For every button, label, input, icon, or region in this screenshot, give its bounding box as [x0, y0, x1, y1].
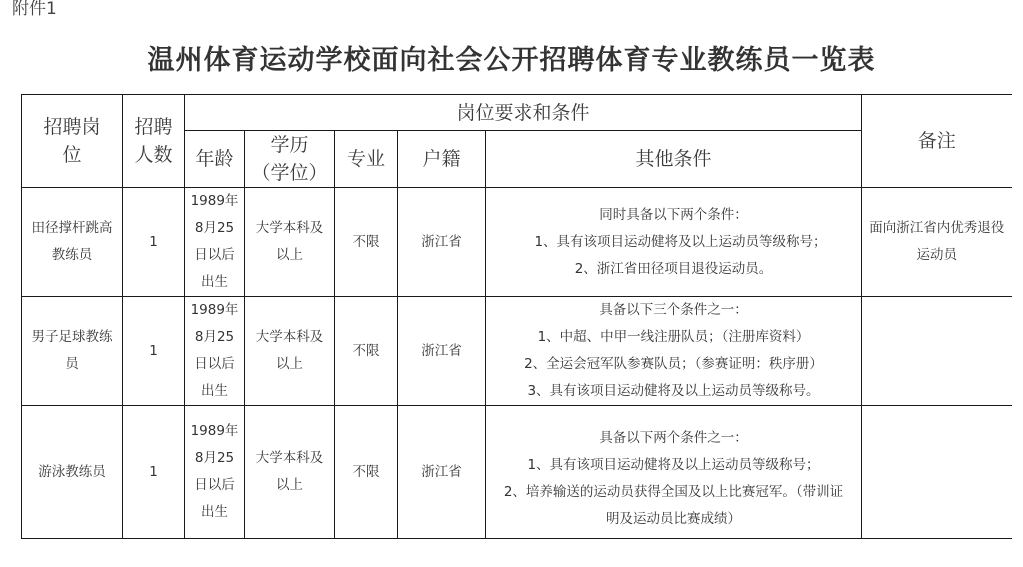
header-position-line-1: 招聘岗 [22, 113, 122, 141]
cell-age: 1989年 8月25 日以后 出生 [185, 406, 245, 539]
table-row: 游泳教练员 1 1989年 8月25 日以后 出生 大学本科及 以上 不限 浙江… [22, 406, 1012, 539]
age-line: 8月25 [185, 445, 244, 472]
position-line: 田径撑杆跳高 [22, 215, 122, 242]
header-major: 专业 [335, 131, 398, 188]
cell-household: 浙江省 [398, 297, 486, 406]
header-household: 户籍 [398, 131, 486, 188]
position-line: 游泳教练员 [22, 459, 122, 486]
education-line: 大学本科及 [245, 445, 334, 472]
condition-line: 1、具有该项目运动健将及以上运动员等级称号； [486, 452, 861, 479]
age-line: 日以后 [185, 472, 244, 499]
table-row: 田径撑杆跳高 教练员 1 1989年 8月25 日以后 出生 大学本科及 以上 … [22, 188, 1012, 297]
condition-line: 1、具有该项目运动健将及以上运动员等级称号； [486, 229, 861, 256]
header-age: 年龄 [185, 131, 245, 188]
age-line: 日以后 [185, 242, 244, 269]
cell-count: 1 [123, 297, 185, 406]
header-count-line-1: 招聘 [123, 113, 184, 141]
condition-line: 1、中超、中甲一线注册队员；（注册库资料） [486, 324, 861, 351]
cell-major: 不限 [335, 297, 398, 406]
header-requirements-group: 岗位要求和条件 [185, 95, 862, 131]
header-education-line-1: 学历 [245, 131, 334, 159]
cell-remarks [862, 297, 1012, 406]
condition-line: 2、培养输送的运动员获得全国及以上比赛冠军。（带训证 [486, 479, 861, 506]
cell-remarks [862, 406, 1012, 539]
cell-age: 1989年 8月25 日以后 出生 [185, 188, 245, 297]
cell-education: 大学本科及 以上 [245, 406, 335, 539]
education-line: 大学本科及 [245, 215, 334, 242]
age-line: 日以后 [185, 351, 244, 378]
education-line: 以上 [245, 242, 334, 269]
age-line: 出生 [185, 269, 244, 296]
age-line: 8月25 [185, 215, 244, 242]
remarks-line: 面向浙江省内优秀退役 [862, 215, 1012, 242]
age-line: 出生 [185, 378, 244, 405]
age-line: 1989年 [185, 418, 244, 445]
header-row-top: 招聘岗 位 招聘 人数 岗位要求和条件 备注 [22, 95, 1012, 131]
education-line: 大学本科及 [245, 324, 334, 351]
condition-line: 3、具有该项目运动健将及以上运动员等级称号。 [486, 378, 861, 405]
cell-position: 游泳教练员 [22, 406, 123, 539]
cell-conditions: 同时具备以下两个条件： 1、具有该项目运动健将及以上运动员等级称号； 2、浙江省… [486, 188, 862, 297]
age-line: 出生 [185, 499, 244, 526]
cell-education: 大学本科及 以上 [245, 297, 335, 406]
position-line: 男子足球教练 [22, 324, 122, 351]
page-title: 温州体育运动学校面向社会公开招聘体育专业教练员一览表 [0, 38, 1023, 77]
condition-line: 同时具备以下两个条件： [486, 202, 861, 229]
cell-conditions: 具备以下两个条件之一： 1、具有该项目运动健将及以上运动员等级称号； 2、培养输… [486, 406, 862, 539]
position-line: 员 [22, 351, 122, 378]
recruitment-table: 招聘岗 位 招聘 人数 岗位要求和条件 备注 年龄 学历 （学位） 专业 户籍 … [21, 94, 1012, 539]
attachment-label: 附件1 [12, 0, 57, 19]
cell-major: 不限 [335, 188, 398, 297]
age-line: 8月25 [185, 324, 244, 351]
cell-position: 田径撑杆跳高 教练员 [22, 188, 123, 297]
cell-household: 浙江省 [398, 406, 486, 539]
education-line: 以上 [245, 351, 334, 378]
cell-major: 不限 [335, 406, 398, 539]
header-count: 招聘 人数 [123, 95, 185, 188]
header-position-line-2: 位 [22, 141, 122, 169]
table-row: 男子足球教练 员 1 1989年 8月25 日以后 出生 大学本科及 以上 不限… [22, 297, 1012, 406]
cell-count: 1 [123, 406, 185, 539]
education-line: 以上 [245, 472, 334, 499]
header-other-conditions: 其他条件 [486, 131, 862, 188]
cell-education: 大学本科及 以上 [245, 188, 335, 297]
cell-count: 1 [123, 188, 185, 297]
remarks-line: 运动员 [862, 242, 1012, 269]
cell-conditions: 具备以下三个条件之一： 1、中超、中甲一线注册队员；（注册库资料） 2、全运会冠… [486, 297, 862, 406]
age-line: 1989年 [185, 188, 244, 215]
condition-line: 2、全运会冠军队参赛队员；（参赛证明：秩序册） [486, 351, 861, 378]
header-count-line-2: 人数 [123, 141, 184, 169]
condition-line: 具备以下三个条件之一： [486, 297, 861, 324]
position-line: 教练员 [22, 242, 122, 269]
header-remarks: 备注 [862, 95, 1012, 188]
header-education-line-2: （学位） [245, 159, 334, 187]
cell-household: 浙江省 [398, 188, 486, 297]
cell-remarks: 面向浙江省内优秀退役 运动员 [862, 188, 1012, 297]
header-position: 招聘岗 位 [22, 95, 123, 188]
condition-line: 2、浙江省田径项目退役运动员。 [486, 256, 861, 283]
cell-age: 1989年 8月25 日以后 出生 [185, 297, 245, 406]
condition-line: 具备以下两个条件之一： [486, 425, 861, 452]
age-line: 1989年 [185, 297, 244, 324]
condition-line: 明及运动员比赛成绩） [486, 506, 861, 533]
cell-position: 男子足球教练 员 [22, 297, 123, 406]
header-education: 学历 （学位） [245, 131, 335, 188]
